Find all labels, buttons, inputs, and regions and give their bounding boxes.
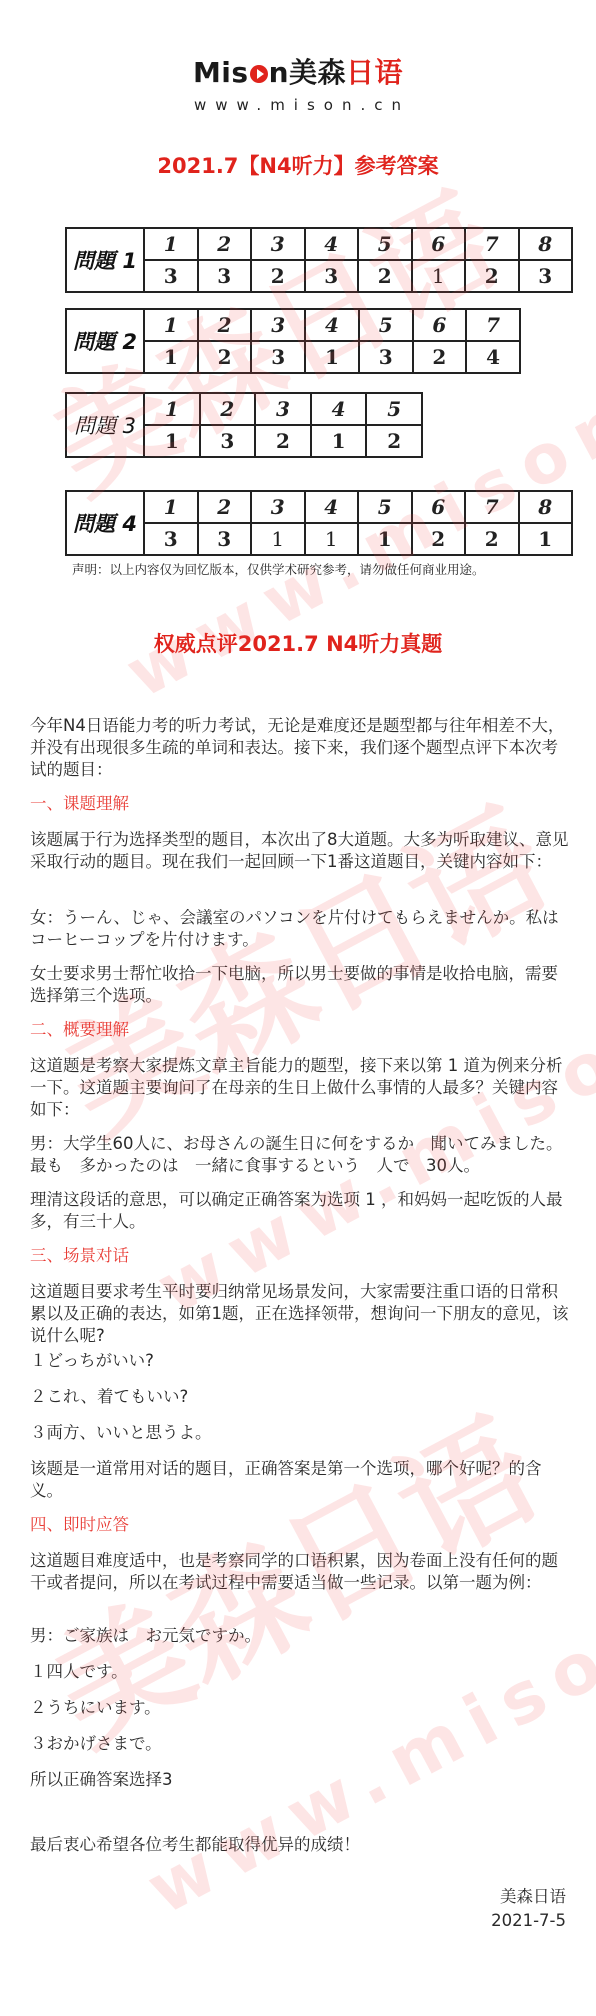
answer-cell: 2	[366, 425, 422, 457]
disclaimer: 声明：以上内容仅为回忆版本，仅供学术研究参考，请勿做任何商业用途。	[72, 560, 485, 578]
answer-cell: 2	[255, 425, 311, 457]
section-2-dialogue: 男：大学生60人に、お母さんの誕生日に何をするか 聞いてみました。最も 多かった…	[30, 1133, 570, 1177]
question-number: 5	[358, 491, 412, 523]
review-title: 权威点评2021.7 N4听力真题	[0, 628, 596, 658]
logo-latin-text: Misn	[193, 56, 289, 89]
question-number-row: 問題 3 1 2 3 4 5	[66, 393, 422, 425]
question-number: 1	[144, 309, 198, 341]
question-number: 6	[412, 491, 466, 523]
question-number: 4	[311, 393, 367, 425]
question-number: 8	[519, 491, 573, 523]
section-2-paragraph: 这道题是考察大家提炼文章主旨能力的题型，接下来以第 1 道为例来分析一下。这道题…	[30, 1055, 570, 1121]
answer-table-4: 問題 4 1 2 3 4 5 6 7 8 3 3 1 1 1 2 2 1	[65, 490, 573, 556]
intro-paragraph: 今年N4日语能力考的听力考试，无论是难度还是题型都与往年相差不大，并没有出现很多…	[30, 715, 570, 781]
question-number: 3	[255, 393, 311, 425]
answer-cell: 1	[358, 523, 412, 555]
answer-cell: 1	[305, 523, 359, 555]
question-number: 2	[198, 309, 252, 341]
answer-cell: 2	[412, 523, 466, 555]
answer-cell: 3	[519, 260, 573, 292]
answer-cell: 3	[305, 260, 359, 292]
play-icon	[250, 65, 268, 83]
logo-cn-red: 日语	[346, 56, 403, 89]
answer-conclusion: 所以正确答案选择3	[30, 1769, 570, 1791]
answer-cell: 3	[144, 260, 198, 292]
section-heading-1: 一、课题理解	[30, 793, 570, 815]
answer-cell: 1	[519, 523, 573, 555]
answer-table-1: 問題 1 1 2 3 4 5 6 7 8 3 3 2 3 2 1 2 3	[65, 227, 573, 293]
table-label: 問題 3	[66, 393, 144, 457]
answer-cell: 3	[144, 523, 198, 555]
option-2: ２これ、着てもいい?	[30, 1386, 570, 1408]
question-number: 2	[200, 393, 256, 425]
answer-title: 2021.7【N4听力】参考答案	[0, 150, 596, 180]
section-heading-2: 二、概要理解	[30, 1019, 570, 1041]
answer-cell: 3	[200, 425, 256, 457]
answer-table-3: 問題 3 1 2 3 4 5 1 3 2 1 2	[65, 392, 423, 458]
signature-org: 美森日语	[500, 1886, 566, 1908]
question-number: 2	[198, 491, 252, 523]
question-number: 1	[144, 228, 198, 260]
question-number: 7	[465, 228, 519, 260]
answer-cell: 1	[311, 425, 367, 457]
section-3-paragraph: 这道题目要求考生平时要归纳常见场景发问，大家需要注重口语的日常积累以及正确的表达…	[30, 1281, 570, 1347]
answer-cell: 4	[466, 341, 520, 373]
brand-logo: Misn美森日语 www.mison.cn	[0, 58, 596, 114]
table-label: 問題 2	[66, 309, 144, 373]
section-heading-4: 四、即时应答	[30, 1514, 570, 1536]
section-4-paragraph: 这道题目难度适中，也是考察同学的口语积累，因为卷面上没有任何的题干或者提问，所以…	[30, 1550, 570, 1594]
question-number: 8	[519, 228, 573, 260]
answer-cell: 2	[358, 260, 412, 292]
question-number: 4	[305, 228, 359, 260]
section-2-paragraph: 理清这段话的意思，可以确定正确答案为选项 1 ，和妈妈一起吃饭的人最多，有三十人…	[30, 1189, 570, 1233]
table-label: 問題 1	[66, 228, 144, 292]
answer-cell: 3	[198, 523, 252, 555]
answer-table-2: 問題 2 1 2 3 4 5 6 7 1 2 3 1 3 2 4	[65, 308, 521, 374]
section-1-paragraph: 女士要求男士帮忙收拾一下电脑，所以男士要做的事情是收拾电脑，需要选择第三个选项。	[30, 963, 570, 1007]
question-number-row: 問題 4 1 2 3 4 5 6 7 8	[66, 491, 572, 523]
section-4-dialogue: 男：ご家族は お元気ですか。	[30, 1625, 570, 1647]
question-number: 5	[359, 309, 413, 341]
answer-cell: 2	[198, 341, 252, 373]
question-number: 3	[251, 309, 305, 341]
signature-date: 2021-7-5	[491, 1910, 566, 1932]
closing-paragraph: 最后衷心希望各位考生都能取得优异的成绩！	[30, 1834, 570, 1856]
answer-cell: 1	[144, 425, 200, 457]
question-number: 3	[251, 228, 305, 260]
option-1: １四人です。	[30, 1661, 570, 1683]
option-2: ２うちにいます。	[30, 1697, 570, 1719]
question-number: 1	[144, 393, 200, 425]
answer-cell: 3	[359, 341, 413, 373]
question-number: 6	[412, 228, 466, 260]
question-number-row: 問題 2 1 2 3 4 5 6 7	[66, 309, 520, 341]
answer-cell: 3	[198, 260, 252, 292]
question-number: 4	[305, 309, 359, 341]
question-number-row: 問題 1 1 2 3 4 5 6 7 8	[66, 228, 572, 260]
question-number: 1	[144, 491, 198, 523]
answer-cell: 2	[465, 260, 519, 292]
question-number: 7	[466, 309, 520, 341]
option-1: １どっちがいい?	[30, 1350, 570, 1372]
option-3: ３おかげさまで。	[30, 1733, 570, 1755]
table-label: 問題 4	[66, 491, 144, 555]
section-1-paragraph: 该题属于行为选择类型的题目，本次出了8大道题。大多为听取建议、意见采取行动的题目…	[30, 829, 570, 873]
logo-url: www.mison.cn	[0, 96, 596, 114]
option-3: ３両方、いいと思うよ。	[30, 1422, 570, 1444]
answer-cell: 1	[305, 341, 359, 373]
answer-cell: 2	[413, 341, 467, 373]
answer-cell: 1	[412, 260, 466, 292]
question-number: 3	[251, 491, 305, 523]
section-3-paragraph: 该题是一道常用对话的题目，正确答案是第一个选项，哪个好呢？的含义。	[30, 1458, 570, 1502]
answer-cell: 1	[144, 341, 198, 373]
answer-cell: 2	[465, 523, 519, 555]
answer-cell: 1	[251, 523, 305, 555]
question-number: 7	[465, 491, 519, 523]
answer-cell: 3	[251, 341, 305, 373]
section-1-dialogue: 女：うーん、じゃ、会議室のパソコンを片付けてもらえませんか。私は コーヒーコップ…	[30, 907, 570, 951]
question-number: 5	[366, 393, 422, 425]
question-number: 4	[305, 491, 359, 523]
logo-cn-black: 美森	[289, 56, 346, 89]
question-number: 5	[358, 228, 412, 260]
question-number: 6	[413, 309, 467, 341]
section-heading-3: 三、场景对话	[30, 1245, 570, 1267]
answer-cell: 2	[251, 260, 305, 292]
question-number: 2	[198, 228, 252, 260]
